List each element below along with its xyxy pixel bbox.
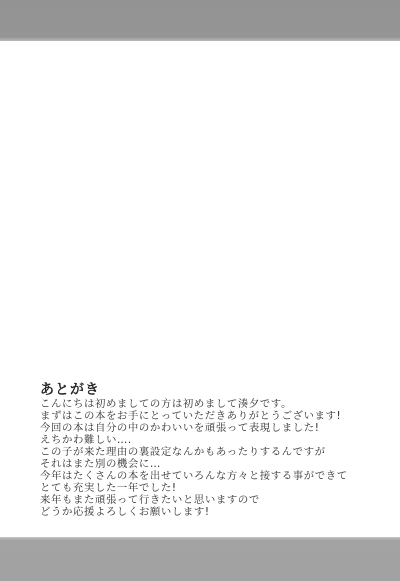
afterword-title: あとがき (40, 383, 380, 398)
afterword-line: こんにちは初めましての方は初めまして湊夕です。 (40, 398, 380, 410)
afterword-line: 来年もまた頑張って行きたいと思いますので (40, 494, 380, 506)
afterword-line: 今年はたくさんの本を出せていろんな方々と接する事ができて (40, 470, 380, 482)
afterword-line: えちかわ難しい…. (40, 434, 380, 446)
afterword-line: とても充実した一年でした! (40, 482, 380, 494)
afterword-line: この子が来た理由の裏設定なんかもあったりするんですが (40, 446, 380, 458)
afterword-line: 今回の本は自分の中のかわいいを頑張って表現しました! (40, 422, 380, 434)
afterword-line: どうか応援よろしくお願いします! (40, 506, 380, 518)
scan-border-top (0, 0, 400, 41)
afterword-line: まずはこの本をお手にとっていただきありがとうございます! (40, 410, 380, 422)
scan-border-bottom (0, 537, 400, 581)
afterword-section: あとがき こんにちは初めましての方は初めまして湊夕です。 まずはこの本をお手にと… (40, 383, 380, 518)
afterword-line: それはまた別の機会に… (40, 458, 380, 470)
